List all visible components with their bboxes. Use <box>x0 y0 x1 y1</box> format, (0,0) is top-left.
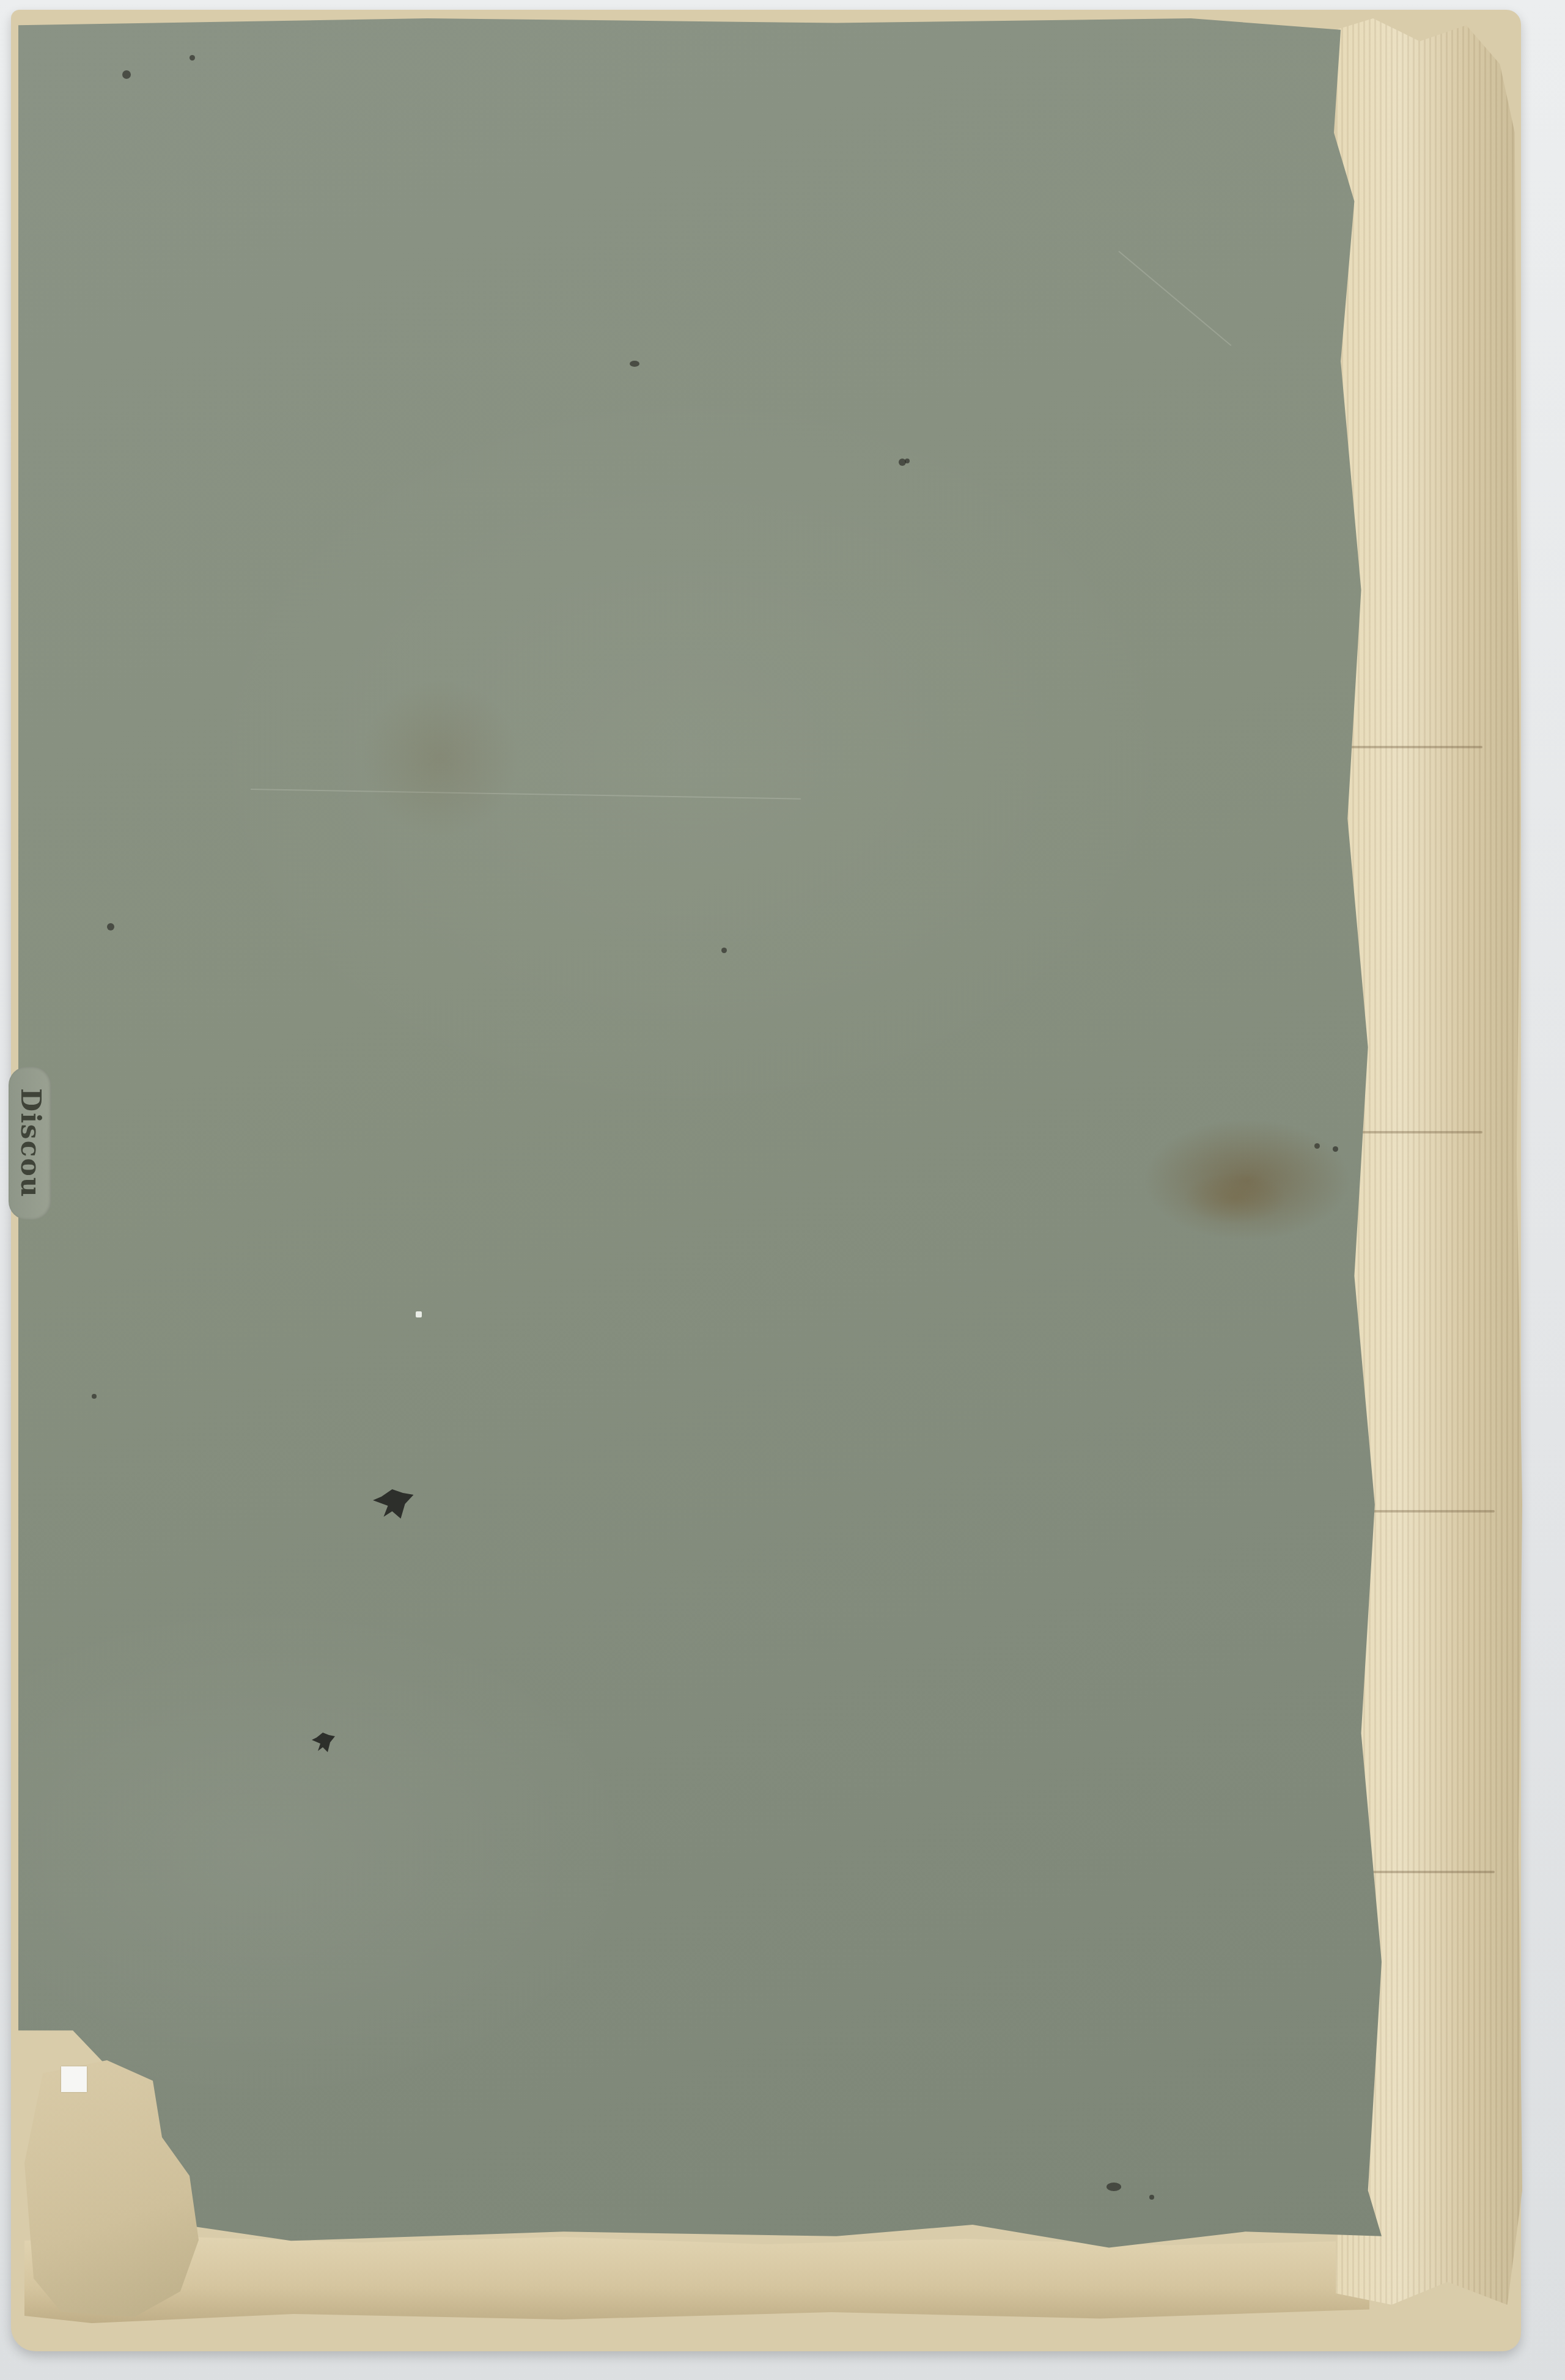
white-tag <box>61 2066 87 2092</box>
paper-crack <box>1360 1131 1482 1133</box>
paper-crack <box>1348 746 1482 748</box>
speckle <box>721 948 727 953</box>
ink-blot <box>312 1730 336 1755</box>
speckle <box>1107 2183 1121 2191</box>
speckle <box>190 55 195 61</box>
ink-blot <box>373 1486 416 1522</box>
speckle <box>107 923 114 930</box>
speckle <box>630 361 639 367</box>
bottom-page-edges <box>24 2231 1369 2323</box>
crease <box>251 789 801 800</box>
faint-stain <box>361 679 520 838</box>
spine-label: Discou <box>9 1067 51 1220</box>
water-stain <box>1143 1119 1351 1241</box>
speckle <box>92 1394 97 1399</box>
spine-label-text: Discou <box>15 1088 46 1198</box>
speckle <box>905 459 910 463</box>
speckle <box>1149 2195 1154 2200</box>
white-fleck <box>416 1311 422 1317</box>
crease <box>1118 251 1231 346</box>
paper-crack <box>1354 1510 1495 1512</box>
speckle <box>122 70 131 79</box>
paper-crack <box>1366 1871 1495 1873</box>
front-cover <box>18 18 1382 2305</box>
